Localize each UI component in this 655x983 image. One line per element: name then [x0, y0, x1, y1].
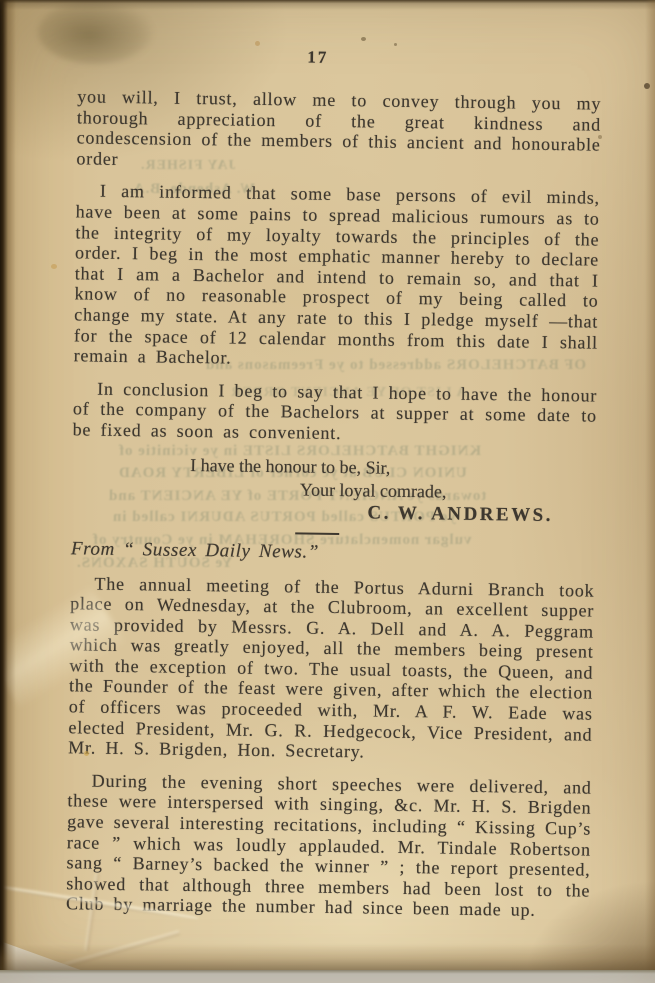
stain-speck — [51, 264, 57, 269]
top-edge-shadow — [0, 0, 655, 10]
article-heading: From “ Sussex Daily News.” — [71, 538, 595, 567]
closing-valediction: Your loyal comrade, — [300, 478, 596, 504]
letter-paragraph-1: you will, I trust, allow me to convey th… — [76, 86, 601, 176]
letter-paragraph-3: In conclusion I beg to say that I hope t… — [73, 378, 598, 447]
stain-speck — [394, 43, 397, 46]
stain-speck — [598, 135, 602, 139]
right-edge-shadow — [645, 0, 655, 983]
stain-speck — [84, 751, 89, 756]
page-content: 17 you will, I trust, allow me to convey… — [66, 44, 602, 933]
letter-closing: I have the honour to be, Sir, Your loyal… — [71, 452, 596, 527]
bottom-right-corner-shadow — [515, 873, 655, 973]
section-divider — [295, 532, 339, 535]
closing-signature: C. W. ANDREWS. — [367, 502, 595, 527]
closing-salutation: I have the honour to be, Sir, — [190, 453, 596, 481]
stain-speck — [361, 37, 366, 41]
binding-edge-shadow — [0, 0, 16, 983]
scanned-book-page: JAY FISHER. W. Ashende, B.A. OF BATCHELO… — [0, 0, 655, 983]
stain-speck — [255, 41, 260, 46]
letter-paragraph-2: I am informed that some base persons of … — [74, 181, 601, 374]
scanner-background-strip — [0, 970, 655, 983]
page-number: 17 — [78, 44, 602, 71]
article-paragraph-2: During the evening short speeches were d… — [66, 770, 592, 921]
article-paragraph-1: The annual meeting of the Portus Adurni … — [68, 573, 595, 766]
